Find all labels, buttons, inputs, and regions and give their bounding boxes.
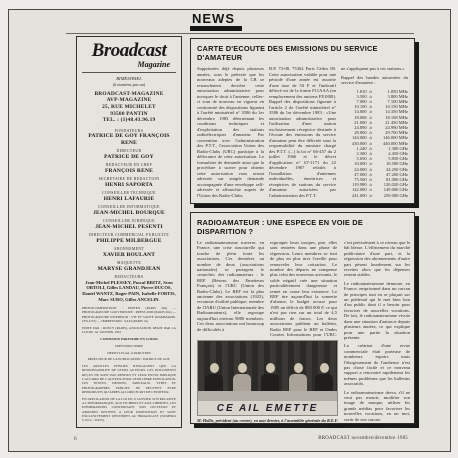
small-print-line: DIRECTEUR DE LA PUBLICATION : PATRICE DE… (82, 357, 176, 361)
photo-person (260, 363, 280, 393)
address-line: TEL. : (1)48.43.96.19 (82, 117, 176, 124)
article2-col3-paragraph: Le radioamateurisme demeure, en France, … (344, 281, 410, 340)
staff-name: MARYSE GRANDJEAN (82, 266, 176, 272)
masthead-staff-entry: SECRETAIRE DE REDACTION HENRI SAPORTA (82, 177, 176, 188)
band-to: 250.000 GHz (375, 193, 409, 198)
staff-name: PATRICE DE GOY FRANÇOIS RENE (82, 133, 176, 146)
address-line: 25, RUE MICHELET (82, 104, 176, 111)
masthead-small-print: PHOTOCOMPOSITION : EDITEX (PARIS 20e) — … (82, 306, 176, 422)
article-radioamateur: RADIOAMATEUR : UNE ESPECE EN VOIE DE DIS… (190, 212, 415, 424)
photo-person (204, 363, 224, 393)
small-print-line: COMISSION PARITAIRE EN COURS (82, 337, 176, 341)
bands-heading: Rappel des bandes autorisées du service … (341, 75, 408, 86)
redacteurs-block: REDACTEURS Jean-Michel PLESSEY, Pascal B… (82, 275, 176, 302)
person-head (320, 363, 329, 373)
band-from: 241.000 (341, 193, 367, 198)
article2-columns: Le radioamateurisme traverse, en France,… (197, 240, 408, 428)
news-underline-bar (190, 26, 242, 31)
article1-title: CARTE D'ECOUTE DES EMISSIONS DU SERVICE … (197, 44, 408, 62)
article2-col3-paragraph: Le radioamateurisme devra, s'il ne veut … (344, 390, 410, 422)
publisher-address: BROADCAST-MAGAZINE AVP-MAGAZINE 25, RUE … (82, 91, 176, 124)
masthead-staff-entry: DIRECTEUR PATRICE DE GOY (82, 149, 176, 160)
small-print-line: DEPOT LEGAL A PARUTION (82, 351, 176, 355)
address-line: BROADCAST-MAGAZINE (82, 91, 176, 98)
article1-columns: Supprimées déjà depuis plusieurs années,… (197, 66, 408, 206)
address-line: AVP-MAGAZINE (82, 97, 176, 104)
masthead-staff-entry: CONSEILLER TECHNIQUE HENRI LAFAURIE (82, 191, 176, 202)
article1-col3: ne s'appliquent pas à ces stations.» Rap… (341, 66, 408, 206)
staff-name: XAVIER BOULANT (82, 252, 176, 258)
article-carte-ecoute: CARTE D'ECOUTE DES EMISSIONS DU SERVICE … (190, 38, 415, 204)
staff-name: FRANÇOIS RENE (82, 168, 176, 174)
masthead-staff-entry: FONDATEURS PATRICE DE GOY FRANÇOIS RENE (82, 129, 176, 146)
masthead-sidebar: Broadcast Magazine BIMESTRIEL (6 numéros… (76, 36, 182, 428)
article1-col2: B.P. 73-08, 75362 Paris Cédex 08. Cette … (269, 66, 336, 206)
person-head (294, 363, 303, 373)
small-print-line: DIFFUSION NMPP (82, 344, 176, 348)
person-head (210, 363, 219, 373)
small-print-line: EN APPLICATION DE LA LOI DU 6 JANVIER 19… (82, 397, 176, 423)
magazine-logo: Broadcast (82, 42, 176, 60)
masthead-staff-list: FONDATEURS PATRICE DE GOY FRANÇOIS RENE … (82, 129, 176, 272)
staff-name: JEAN-MICHEL BOURQUE (82, 210, 176, 216)
magazine-logo-subtitle: Magazine (82, 60, 176, 73)
photo-banner-text: CE AIL EMETTE (198, 401, 337, 415)
staff-name: PATRICE DE GOY (82, 154, 176, 160)
periodicity-note: (6 numéros par an) (82, 82, 176, 87)
assembly-photo: CE AIL EMETTE (197, 340, 338, 416)
article2-title: RADIOAMATEUR : UNE ESPECE EN VOIE DE DIS… (197, 218, 408, 236)
staff-name: PHILIPPE MILBERGUE (82, 238, 176, 244)
masthead-staff-entry: ABONNEMENT XAVIER BOULANT (82, 247, 176, 258)
photo-person (314, 363, 334, 393)
masthead-staff-entry: CONSEILLER JURIDIQUE JEAN-MICHEL PESENTI (82, 219, 176, 230)
band-row: 241.000 à 250.000 GHz (341, 193, 408, 198)
staff-name: HENRI SAPORTA (82, 182, 176, 188)
photo-person (288, 363, 308, 393)
footer-issue: BROADCAST novembre/décembre 1985 (318, 436, 408, 441)
staff-name: JEAN-MICHEL PESENTI (82, 224, 176, 230)
article1-col1: Supprimées déjà depuis plusieurs années,… (197, 66, 264, 206)
photo-person (232, 363, 252, 393)
small-print-line: PHOTOCOMPOSITION : EDITEX (PARIS 20e) — … (82, 306, 176, 323)
article2-col3-paragraph: La création d'une revue commerciale étai… (344, 343, 410, 386)
article2-col1: Le radioamateurisme traverse, en France,… (197, 240, 264, 337)
article2-col3: c'est précisément à ce niveau que le bât… (344, 240, 410, 428)
staff-name: HENRI LAFAURIE (82, 196, 176, 202)
masthead-staff-entry: MAQUETTE MARYSE GRANDJEAN (82, 261, 176, 272)
small-print-line: LES ARTICLES PUBLIES N'ENGAGENT QUE LA R… (82, 364, 176, 394)
amateur-bands-table: 1.810 à 1.850 MHz 3.500 à 3.800 MHz 7.00… (341, 89, 408, 198)
page-number: 6 (74, 436, 77, 442)
band-separator: à (367, 193, 375, 198)
masthead-staff-entry: REDACTEUR EN CHEF FRANÇOIS RENE (82, 163, 176, 174)
section-title-news: NEWS (192, 11, 235, 26)
person-head (266, 363, 275, 373)
person-head (238, 363, 247, 373)
redacteurs-names: Jean-Michel PLESSEY, Pascal BRITZ, Sven … (82, 280, 176, 302)
small-print-line: EDITE PAR : ROSCY (PARIS), ASSOCIATION R… (82, 326, 176, 335)
magazine-page: NEWS Broadcast Magazine BIMESTRIEL (6 nu… (0, 0, 458, 458)
article2-col2: regrouper leurs troupes, pire, elles son… (270, 240, 337, 337)
bands-intro: ne s'appliquent pas à ces stations.» (341, 66, 408, 72)
photo-caption: M. Hollis, président (au centre), en mai… (197, 418, 338, 428)
article2-col3-paragraph: Commerçants, les revendeurs et importate… (344, 425, 410, 428)
header-rule (66, 33, 414, 34)
masthead-staff-entry: CONSEILLER INFORMATIQUE JEAN-MICHEL BOUR… (82, 205, 176, 216)
masthead-staff-entry: DIRECTEUR COMMERCIAL PUBLICITE PHILIPPE … (82, 233, 176, 244)
article2-col3-paragraph: c'est précisément à ce niveau que le bât… (344, 240, 410, 278)
